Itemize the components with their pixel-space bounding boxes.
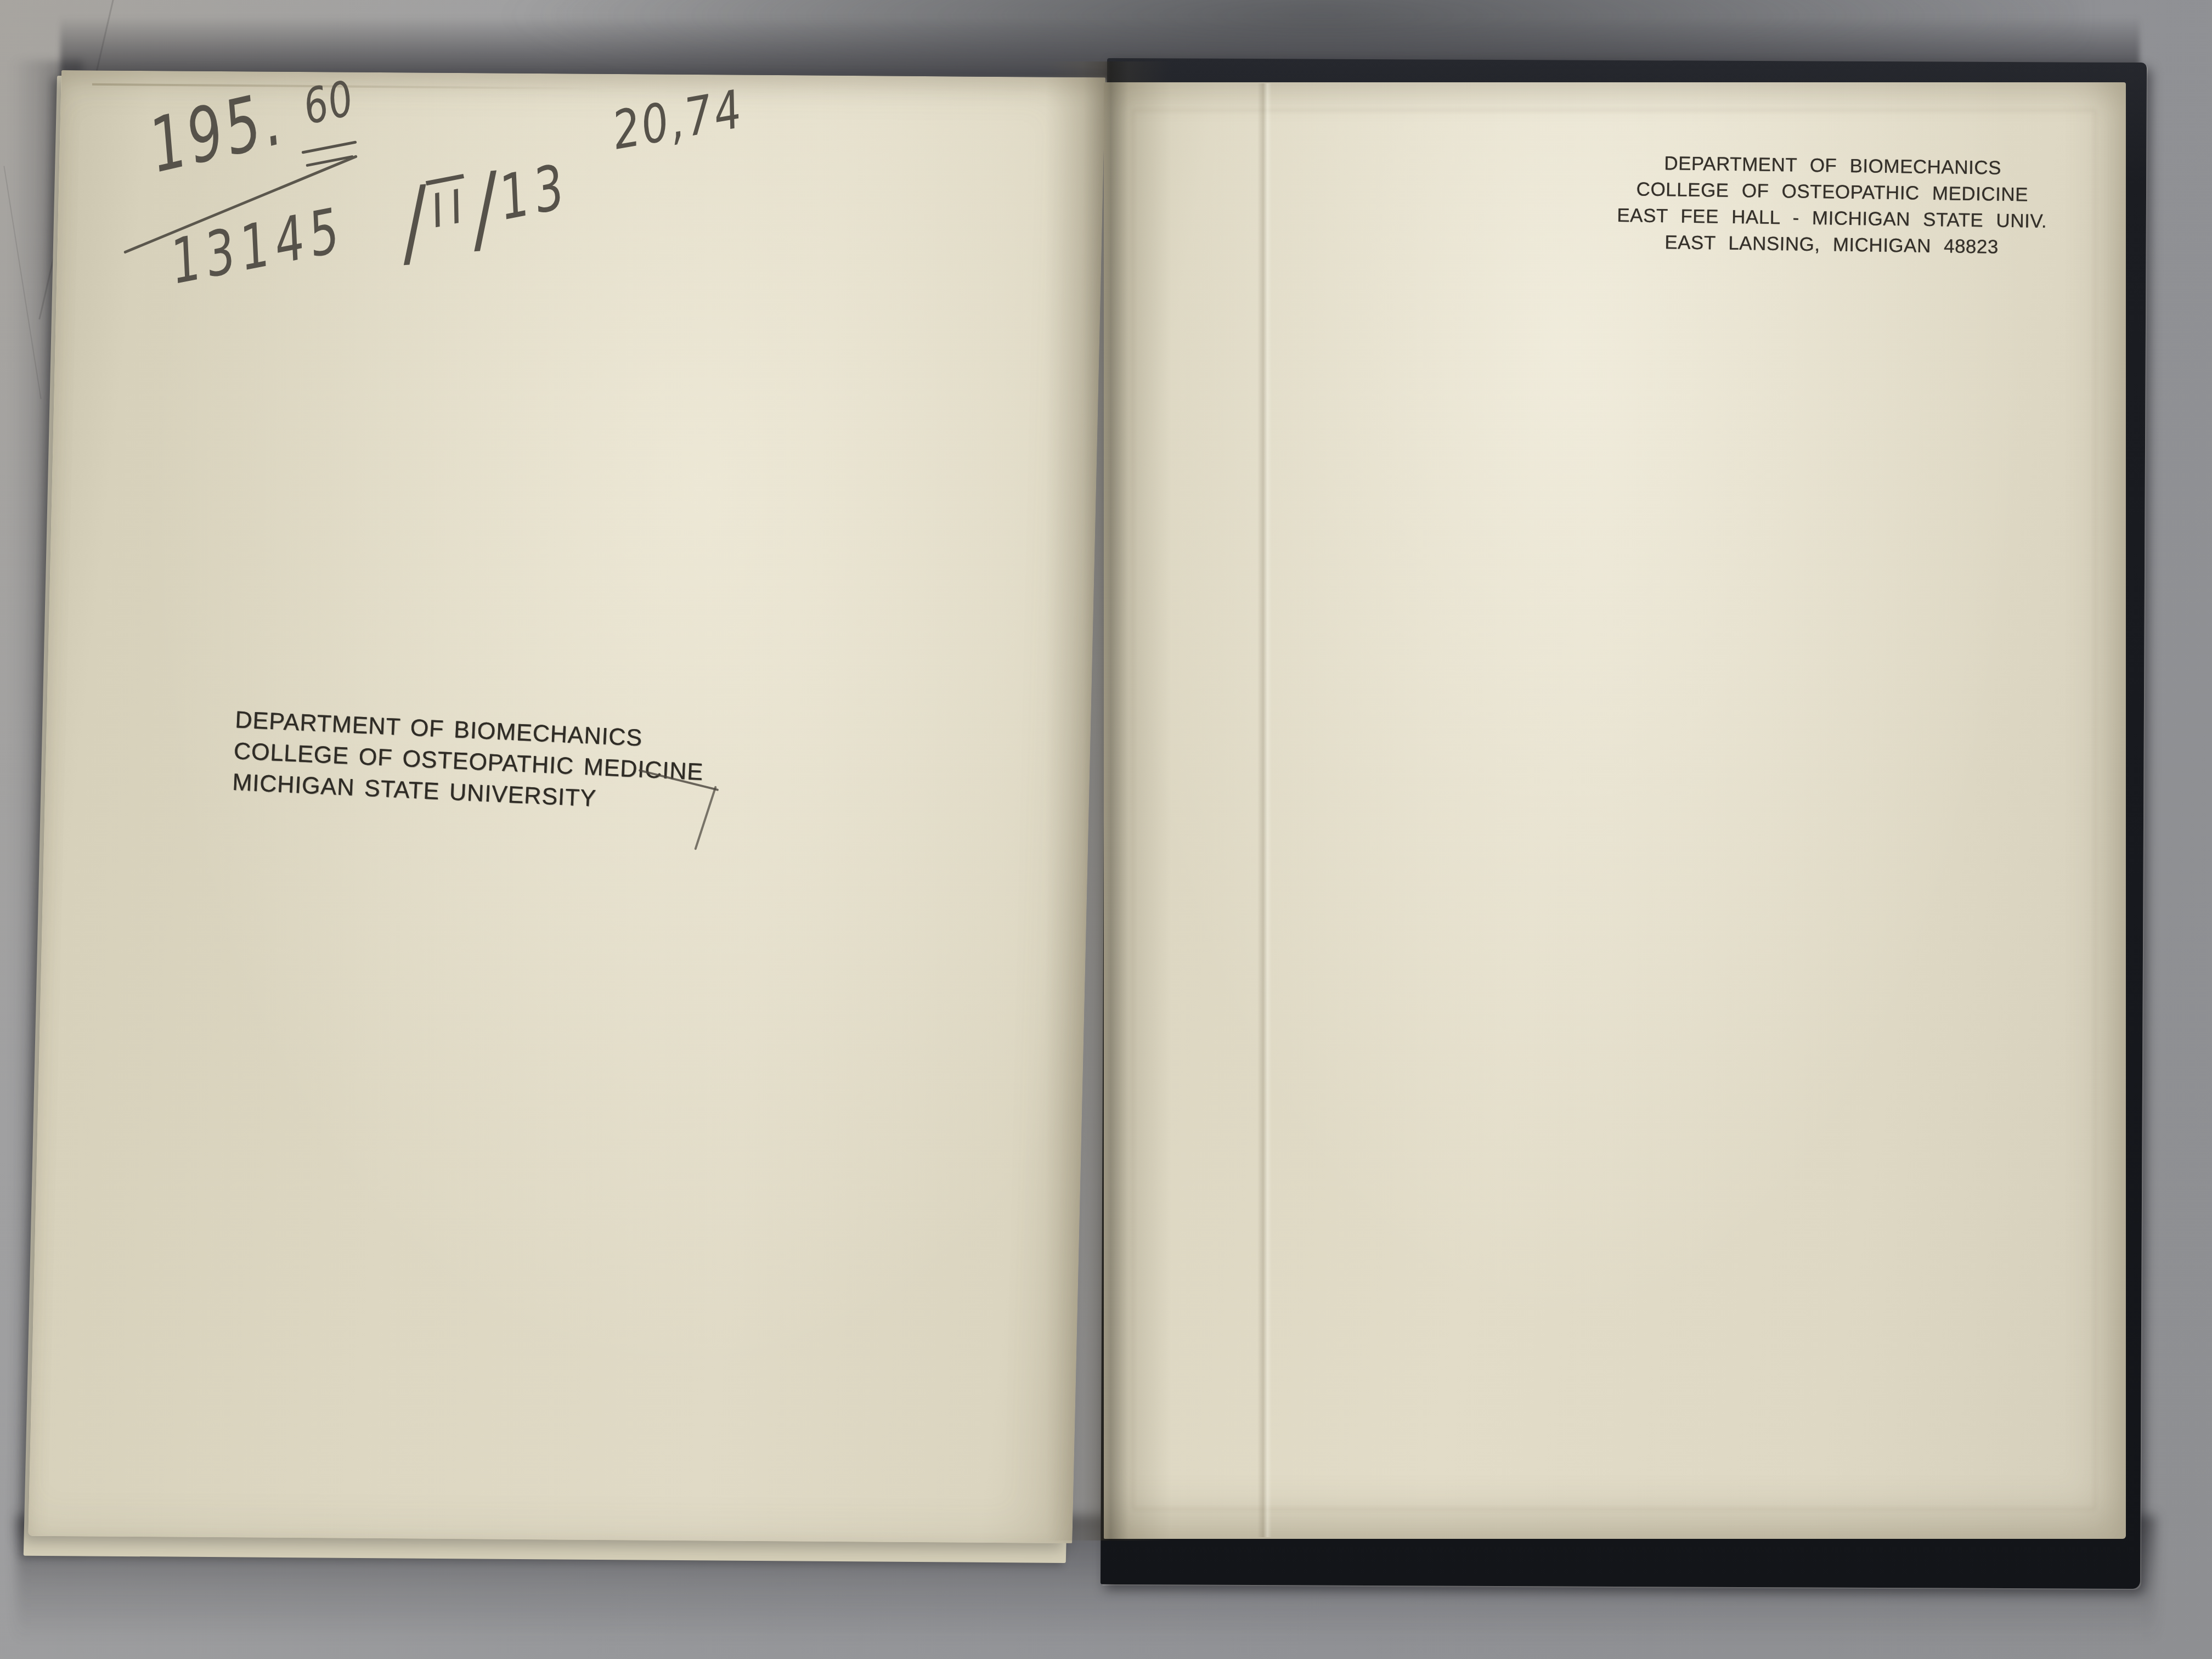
right-library-stamp: DEPARTMENT OF BIOMECHANICS COLLEGE OF OS…	[1576, 149, 2088, 262]
gutter-shadow	[1045, 61, 1171, 1541]
right-page-hinge-crease	[1257, 83, 1272, 1537]
accession-number-part: 13145	[165, 195, 351, 298]
accession-roman-numeral: II	[427, 178, 475, 239]
photo-open-book: DEPARTMENT OF BIOMECHANICS COLLEGE OF OS…	[0, 0, 2212, 1659]
cover-turn-in-ridge	[1132, 110, 2096, 1510]
accession-slash: /	[395, 166, 439, 279]
accession-suffix: 13	[493, 151, 575, 234]
